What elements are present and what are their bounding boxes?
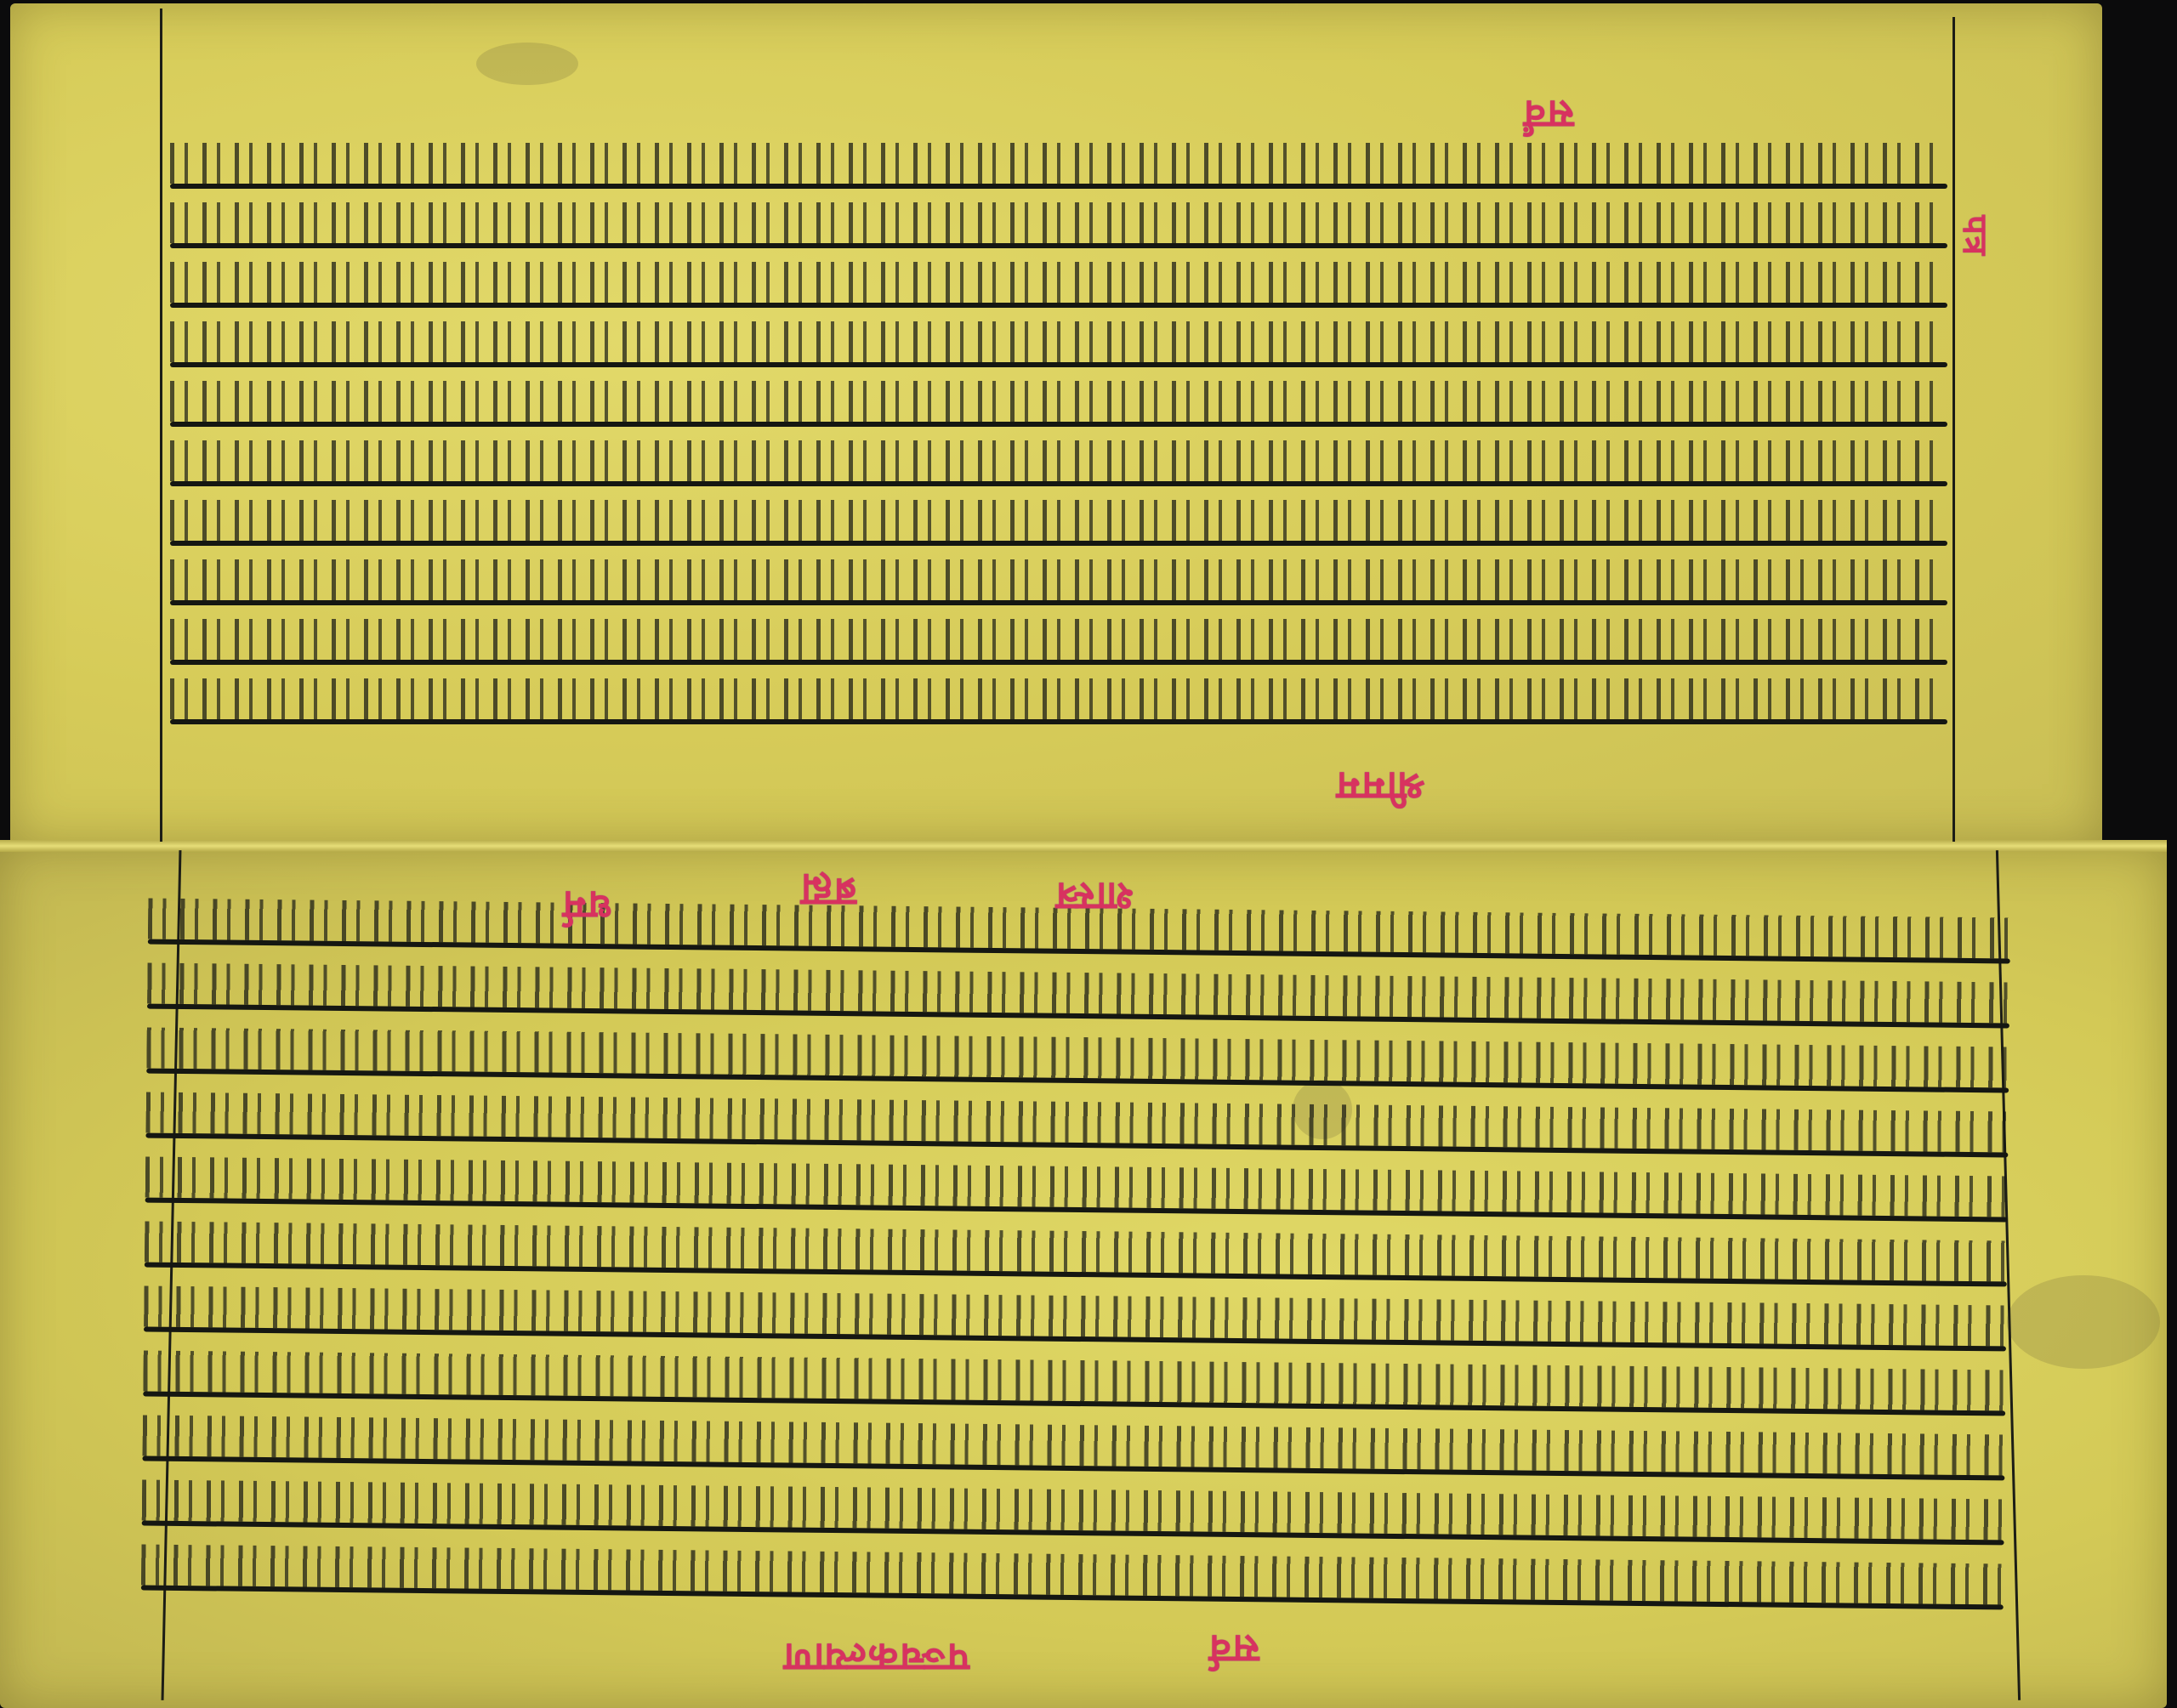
text-line bbox=[170, 434, 1947, 490]
text-line bbox=[170, 493, 1947, 549]
text-line bbox=[170, 374, 1947, 430]
right-margin-rule bbox=[1952, 17, 1955, 842]
bottom-left-annotation: पञ्चकल्याण bbox=[782, 1632, 969, 1685]
text-line bbox=[146, 1021, 2009, 1097]
top-right-annotation: सर्वं bbox=[1522, 89, 1574, 142]
text-line bbox=[144, 1280, 2007, 1355]
text-line bbox=[170, 255, 1947, 311]
text-line bbox=[170, 136, 1947, 192]
paper-stain bbox=[476, 43, 578, 85]
text-line bbox=[142, 1473, 2005, 1549]
text-line bbox=[170, 196, 1947, 252]
paper-stain bbox=[2007, 1275, 2160, 1369]
text-line bbox=[170, 672, 1947, 728]
text-line bbox=[170, 315, 1947, 371]
text-line bbox=[145, 1215, 2008, 1291]
text-line bbox=[145, 1150, 2009, 1226]
text-line bbox=[170, 612, 1947, 668]
upper-annotation-3: शास्त्र bbox=[1054, 871, 1133, 924]
bottom-right-annotation: सर्व bbox=[1208, 1624, 1259, 1677]
margin-annotation: पत्र bbox=[1953, 215, 2000, 257]
top-page-text-block bbox=[170, 136, 1947, 748]
text-line bbox=[143, 1344, 2006, 1420]
bottom-page-text-block bbox=[141, 892, 2011, 1626]
left-margin-rule bbox=[160, 9, 162, 842]
page-fold bbox=[0, 840, 2167, 852]
text-line bbox=[141, 1538, 2004, 1614]
text-line bbox=[147, 956, 2010, 1032]
text-line bbox=[145, 1086, 2009, 1161]
below-text-annotation: श्रीमम bbox=[1335, 761, 1425, 814]
upper-annotation-2: ब्रह्म bbox=[799, 867, 856, 920]
text-line bbox=[170, 553, 1947, 609]
text-line bbox=[142, 1409, 2005, 1484]
upper-annotation-1: धर्म bbox=[561, 880, 612, 933]
